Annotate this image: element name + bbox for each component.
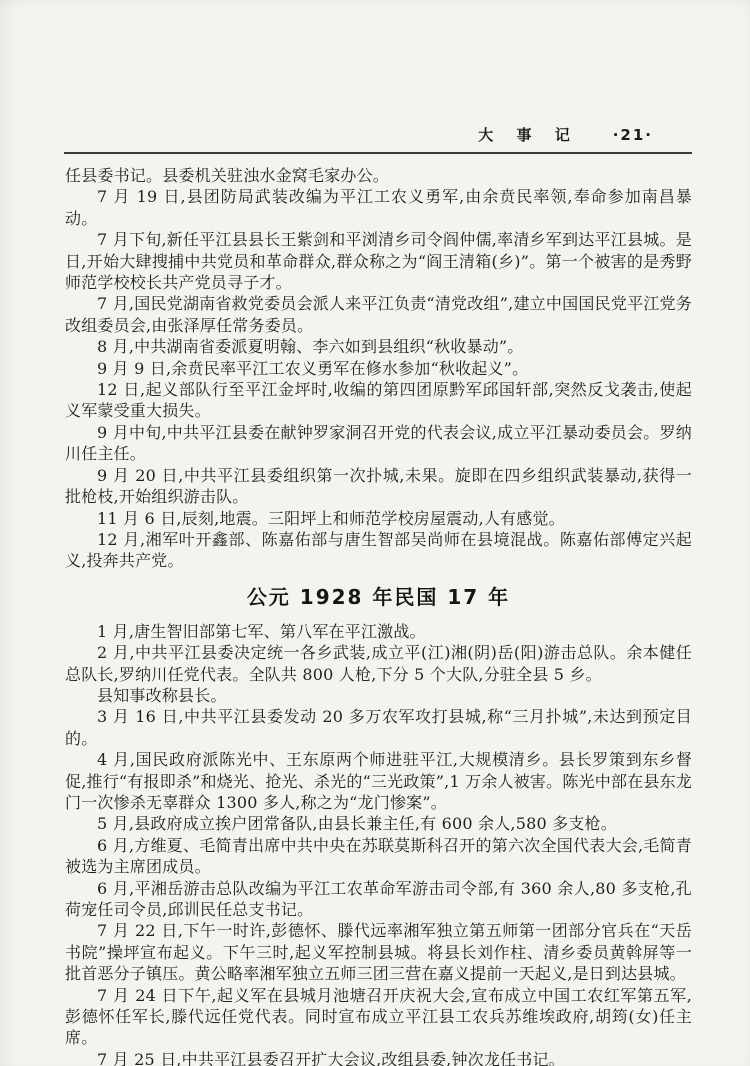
scanned-book-page: { "colors": { "paper": "#f4f3f0", "ink":…: [0, 0, 750, 1066]
running-head-title: 大 事 记: [478, 124, 578, 145]
chronicle-paragraph: 12 日,起义部队行至平江金坪时,收编的第四团原黔军邱国轩部,突然反戈袭击,使起…: [65, 379, 692, 422]
chronicle-paragraph: 7 月,国民党湖南省救党委员会派人来平江负责“清党改组”,建立中国国民党平江党务…: [65, 293, 692, 336]
chronicle-paragraph: 任县委书记。县委机关驻浊水金窝毛家办公。: [65, 165, 692, 186]
chronicle-paragraph: 县知事改称县长。: [65, 685, 692, 706]
chronicle-paragraph: 9 月 9 日,余贲民率平江工农义勇军在修水参加“秋收起义”。: [65, 358, 692, 379]
chronicle-paragraph: 7 月 22 日,下午一时许,彭德怀、滕代远率湘军独立第五师第一团部分官兵在“天…: [65, 920, 692, 984]
chronicle-paragraph: 9 月中旬,中共平江县委在献钟罗家洞召开党的代表会议,成立平江暴动委员会。罗纳川…: [65, 422, 692, 465]
chronicle-paragraph: 5 月,县政府成立挨户团常备队,由县长兼主任,有 600 余人,580 多支枪。: [65, 813, 692, 834]
chronicle-paragraph: 12 月,湘军叶开鑫部、陈嘉佑部与唐生智部吴尚师在县境混战。陈嘉佑部傅定兴起义,…: [65, 529, 692, 572]
chronicle-paragraph: 7 月 25 日,中共平江县委召开扩大会议,改组县委,钟次龙任书记。: [65, 1049, 692, 1066]
chronicle-paragraph: 7 月 24 日下午,起义军在县城月池塘召开庆祝大会,宣布成立中国工农红军第五军…: [65, 985, 692, 1049]
chronicle-1928-section: 1 月,唐生智旧部第七军、第八军在平江激战。2 月,中共平江县委决定统一各乡武装…: [65, 621, 692, 1066]
year-heading-1928: 公元 1928 年民国 17 年: [65, 581, 692, 610]
chronicle-paragraph: 1 月,唐生智旧部第七军、第八军在平江激战。: [65, 621, 692, 642]
chronicle-paragraph: 11 月 6 日,辰刻,地震。三阳坪上和师范学校房屋震动,人有感觉。: [65, 508, 692, 529]
chronicle-paragraph: 6 月,方维夏、毛简青出席中共中央在苏联莫斯科召开的第六次全国代表大会,毛简青被…: [65, 835, 692, 878]
chronicle-paragraph: 2 月,中共平江县委决定统一各乡武装,成立平(江)湘(阴)岳(阳)游击总队。余本…: [65, 642, 692, 685]
chronicle-paragraph: 3 月 16 日,中共平江县委发动 20 多万农军攻打县城,称“三月扑城”,未达…: [65, 706, 692, 749]
page-number: ·21·: [613, 126, 653, 144]
chronicle-1927-section: 任县委书记。县委机关驻浊水金窝毛家办公。7 月 19 日,县团防局武装改编为平江…: [65, 165, 692, 572]
chronicle-paragraph: 7 月下旬,新任平江县县长王紫剑和平浏清乡司令阎仲儒,率清乡军到达平江县城。是日…: [65, 229, 692, 293]
header-rule: [64, 152, 692, 154]
chronicle-paragraph: 6 月,平湘岳游击总队改编为平江工农革命军游击司令部,有 360 余人,80 多…: [65, 878, 692, 921]
chronicle-paragraph: 7 月 19 日,县团防局武装改编为平江工农义勇军,由余贲民率领,奉命参加南昌暴…: [65, 186, 692, 229]
page: 大 事 记 ·21· 任县委书记。县委机关驻浊水金窝毛家办公。7 月 19 日,…: [0, 0, 750, 1066]
running-head: 大 事 记 ·21·: [0, 0, 750, 145]
chronicle-paragraph: 4 月,国民政府派陈光中、王东原两个师进驻平江,大规模清乡。县长罗策到东乡督促,…: [65, 749, 692, 813]
chronicle-paragraph: 8 月,中共湖南省委派夏明翰、李六如到县组织“秋收暴动”。: [65, 336, 692, 357]
chronicle-paragraph: 9 月 20 日,中共平江县委组织第一次扑城,未果。旋即在四乡组织武装暴动,获得…: [65, 465, 692, 508]
